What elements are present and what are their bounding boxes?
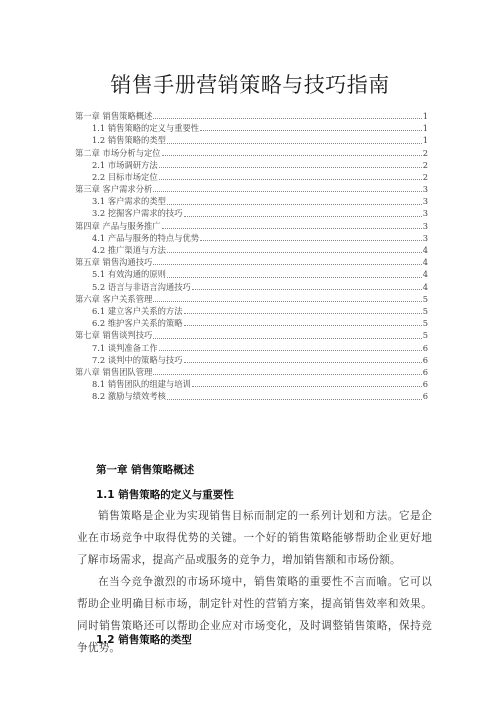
toc-entry[interactable]: 第二章 市场分析与定位2: [75, 147, 428, 159]
toc-entry-label: 5.2 语言与非语言沟通技巧: [92, 281, 191, 293]
toc-page-number: 5: [423, 317, 428, 329]
toc-page-number: 3: [423, 183, 428, 195]
toc-entry[interactable]: 6.2 维护客户关系的策略5: [75, 317, 428, 329]
toc-leader-dots: [192, 385, 422, 387]
toc-leader-dots: [162, 154, 422, 156]
toc-leader-dots: [153, 300, 421, 302]
toc-leader-dots: [153, 190, 421, 192]
toc-page-number: 5: [423, 305, 428, 317]
toc-entry-label: 3.2 挖掘客户需求的技巧: [92, 207, 183, 219]
toc-leader-dots: [153, 373, 421, 375]
toc-entry[interactable]: 3.2 挖掘客户需求的技巧3: [75, 208, 428, 220]
toc-entry-label: 第一章 销售策略概述: [75, 110, 152, 122]
toc-entry-label: 5.1 有效沟通的原则: [92, 268, 166, 280]
toc-entry[interactable]: 第八章 销售团队管理6: [75, 366, 428, 378]
toc-entry-label: 第八章 销售团队管理: [75, 366, 152, 378]
toc-entry-label: 7.2 谈判中的策略与技巧: [92, 354, 183, 366]
toc-entry-label: 7.1 谈判准备工作: [92, 342, 158, 354]
toc-entry[interactable]: 第五章 销售沟通技巧4: [75, 256, 428, 268]
toc-page-number: 6: [423, 354, 428, 366]
toc-entry-label: 第四章 产品与服务推广: [75, 220, 161, 232]
toc-entry[interactable]: 7.1 谈判准备工作6: [75, 342, 428, 354]
toc-entry[interactable]: 7.2 谈判中的策略与技巧6: [75, 354, 428, 366]
toc-leader-dots: [159, 178, 422, 180]
toc-entry-label: 1.1 销售策略的定义与重要性: [92, 122, 199, 134]
body-paragraph-1: 销售策略是企业为实现销售目标而制定的一系列计划和方法。它是企业在市场竞争中取得优…: [77, 505, 432, 571]
toc-leader-dots: [184, 324, 422, 326]
toc-entry[interactable]: 2.1 市场调研方法2: [75, 159, 428, 171]
toc-leader-dots: [153, 263, 421, 265]
toc-entry-label: 3.1 客户需求的类型: [92, 195, 166, 207]
toc-entry[interactable]: 4.1 产品与服务的特点与优势3: [75, 232, 428, 244]
toc-entry[interactable]: 5.2 语言与非语言沟通技巧4: [75, 281, 428, 293]
toc-leader-dots: [167, 142, 422, 144]
toc-entry-label: 8.2 激励与绩效考核: [92, 390, 166, 402]
toc-leader-dots: [192, 288, 422, 290]
section-heading-1-2: 1.2 销售策略的类型: [96, 632, 192, 647]
toc-entry-label: 第三章 客户需求分析: [75, 183, 152, 195]
toc-leader-dots: [184, 215, 422, 217]
table-of-contents: 第一章 销售策略概述11.1 销售策略的定义与重要性11.2 销售策略的类型1第…: [75, 110, 428, 403]
toc-page-number: 6: [423, 378, 428, 390]
toc-entry-label: 6.2 维护客户关系的策略: [92, 317, 183, 329]
toc-entry[interactable]: 第三章 客户需求分析3: [75, 183, 428, 195]
toc-entry-label: 2.2 目标市场定位: [92, 171, 158, 183]
toc-entry[interactable]: 5.1 有效沟通的原则4: [75, 268, 428, 280]
toc-leader-dots: [162, 227, 422, 229]
toc-leader-dots: [200, 129, 422, 131]
toc-page-number: 1: [423, 122, 428, 134]
toc-entry-label: 4.1 产品与服务的特点与优势: [92, 232, 199, 244]
toc-page-number: 3: [423, 207, 428, 219]
toc-entry[interactable]: 2.2 目标市场定位2: [75, 171, 428, 183]
chapter-heading: 第一章 销售策略概述: [96, 462, 194, 477]
toc-leader-dots: [167, 276, 422, 278]
document-title: 销售手册营销策略与技巧指南: [0, 70, 500, 100]
toc-entry[interactable]: 3.1 客户需求的类型3: [75, 195, 428, 207]
toc-page-number: 2: [423, 171, 428, 183]
toc-entry-label: 第六章 客户关系管理: [75, 293, 152, 305]
toc-page-number: 4: [423, 268, 428, 280]
toc-page-number: 1: [423, 110, 428, 122]
toc-entry[interactable]: 4.2 推广渠道与方法4: [75, 244, 428, 256]
toc-page-number: 6: [423, 366, 428, 378]
toc-entry[interactable]: 第六章 客户关系管理5: [75, 293, 428, 305]
toc-entry[interactable]: 第四章 产品与服务推广3: [75, 220, 428, 232]
toc-leader-dots: [167, 398, 422, 400]
section-heading-1-1: 1.1 销售策略的定义与重要性: [96, 487, 234, 502]
toc-entry[interactable]: 8.1 销售团队的组建与培训6: [75, 378, 428, 390]
toc-page-number: 4: [423, 281, 428, 293]
toc-page-number: 4: [423, 244, 428, 256]
toc-leader-dots: [184, 312, 422, 314]
toc-leader-dots: [159, 166, 422, 168]
toc-entry-label: 第七章 销售谈判技巧: [75, 329, 152, 341]
toc-page-number: 3: [423, 195, 428, 207]
toc-entry[interactable]: 第七章 销售谈判技巧5: [75, 329, 428, 341]
toc-entry-label: 第二章 市场分析与定位: [75, 147, 161, 159]
toc-entry-label: 4.2 推广渠道与方法: [92, 244, 166, 256]
toc-page-number: 3: [423, 232, 428, 244]
toc-leader-dots: [153, 337, 421, 339]
toc-leader-dots: [153, 117, 421, 119]
toc-entry[interactable]: 8.2 激励与绩效考核6: [75, 390, 428, 402]
toc-entry-label: 第五章 销售沟通技巧: [75, 256, 152, 268]
toc-page-number: 1: [423, 134, 428, 146]
toc-page-number: 5: [423, 293, 428, 305]
toc-entry[interactable]: 1.1 销售策略的定义与重要性1: [75, 122, 428, 134]
toc-entry[interactable]: 第一章 销售策略概述1: [75, 110, 428, 122]
toc-leader-dots: [159, 349, 422, 351]
toc-page-number: 3: [423, 220, 428, 232]
toc-entry-label: 8.1 销售团队的组建与培训: [92, 378, 191, 390]
toc-leader-dots: [167, 203, 422, 205]
toc-entry[interactable]: 6.1 建立客户关系的方法5: [75, 305, 428, 317]
toc-leader-dots: [200, 239, 422, 241]
toc-page-number: 5: [423, 329, 428, 341]
toc-entry-label: 6.1 建立客户关系的方法: [92, 305, 183, 317]
toc-leader-dots: [167, 251, 422, 253]
toc-page-number: 2: [423, 159, 428, 171]
toc-page-number: 4: [423, 256, 428, 268]
toc-page-number: 6: [423, 390, 428, 402]
toc-leader-dots: [184, 361, 422, 363]
toc-entry[interactable]: 1.2 销售策略的类型1: [75, 134, 428, 146]
toc-page-number: 2: [423, 147, 428, 159]
toc-entry-label: 1.2 销售策略的类型: [92, 134, 166, 146]
toc-entry-label: 2.1 市场调研方法: [92, 159, 158, 171]
toc-page-number: 6: [423, 342, 428, 354]
